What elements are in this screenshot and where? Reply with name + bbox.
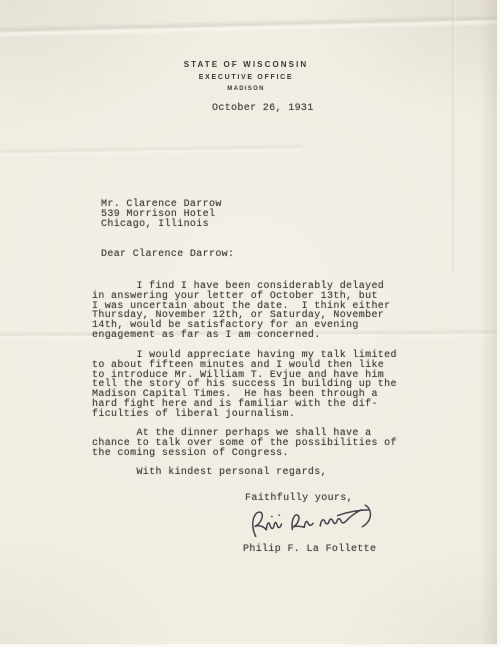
letterhead-office: EXECUTIVE OFFICE [0, 74, 492, 81]
body-paragraph-2: I would appreciate having my talk limite… [92, 351, 397, 419]
salutation: Dear Clarence Darrow: [101, 250, 234, 260]
letterhead: STATE OF WISCONSIN EXECUTIVE OFFICE MADI… [0, 60, 492, 92]
recipient-address: Mr. Clarence Darrow 539 Morrison Hotel C… [101, 200, 222, 229]
right-edge-shading [480, 0, 498, 647]
letterhead-organization: STATE OF WISCONSIN [0, 60, 492, 69]
letterhead-city: MADISON [0, 86, 492, 92]
body-paragraph-1: I find I have been considerably delayed … [92, 282, 391, 341]
letter-photo: STATE OF WISCONSIN EXECUTIVE OFFICE MADI… [0, 0, 500, 647]
typed-signature-name: Philip F. La Follette [243, 545, 376, 555]
letter-date: October 26, 1931 [212, 104, 314, 114]
right-vertical-crease [451, 0, 457, 272]
body-paragraph-3: At the dinner perhaps we shall have a ch… [92, 429, 397, 458]
closing-line: With kindest personal regards, [92, 468, 327, 478]
